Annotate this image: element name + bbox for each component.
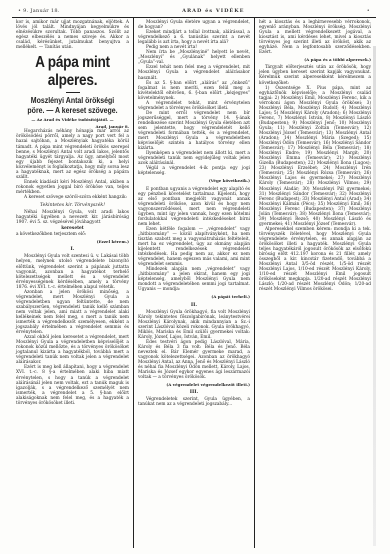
note: (A végrendelet végrendelkezőt illeti.) [138,382,250,387]
article-paragraph: Ezért is meg kell állapítani, hogy a vég… [16,365,129,405]
article-paragraph: a következőkben terjesztem elő: [16,232,129,237]
headline-divider [66,92,80,93]
column-1-intro: kor is, amikor már ujjat mozgatnának, el… [16,20,129,50]
article-paragraph: A kereset szövege szóról-szóra ekként ha… [16,195,129,200]
article-paragraph: hét a kiosztás és a leghírnevesebb vérro… [259,20,371,55]
address-title: Tekintetes kir. Törvényszék! [16,203,129,208]
defendants-list: 1) Őszentsége X. Pius pápa, mint az egyh… [259,86,371,227]
article-paragraph: Ennek kiadását kéri Moszlényi Antal, aki… [16,180,129,195]
article-paragraph: Ezzel tehát nem felel meg a végrendelet,… [138,65,250,80]
article-paragraph: Azonban a jelen örökösi minőség, a végre… [16,290,129,335]
note: (A pápát terheli.) [138,294,250,299]
article-paragraph: Tárgyalt előterjesztés után az örökösök,… [259,65,371,85]
section-numeral: II. [138,303,250,308]
article-paragraph: A végrendelet tehát, mint érvénytelen vé… [138,101,250,111]
masthead: • 9. Január 18. ARAD és VIDÉKE • [12,6,376,16]
article-paragraph: Ezeket mindjárt a tollal írottnak, aláír… [138,30,250,45]
note: (Ezzel kérem.) [16,239,129,244]
masthead-title: ARAD és VIDÉKE [182,8,244,14]
column-3: hét a kiosztás és a leghírnevesebb vérro… [254,18,375,548]
article-paragraph: Néhai Moszlényi Gyula, volt aradi lakos … [16,210,129,225]
page-edge [373,46,376,546]
article-paragraph: Mindezek alapján nem „végrendelet” vagy … [138,267,250,292]
article-paragraph: De mint erről végrendelet nem bír jogsze… [138,111,250,151]
column-1: kor is, amikor már ujjat mozgatnának, el… [12,18,133,548]
article-paragraph: E pontban ugyanis a végrendelet egy alap… [138,187,250,227]
article-subheadline: Moszlényi Antal örökségi pöre. — A keres… [25,95,120,115]
kereset-label: keresetet [16,226,129,231]
note: (A pápa és a többi alperesek.) [259,57,371,62]
article-paragraph: Moszlényi Gyula életére ugyan a végrende… [138,20,250,30]
article-paragraph: És az 5. §-ban előírt „aláírás” az „önke… [138,81,250,101]
masthead-page-number: • [367,8,370,14]
article-paragraph: Ezen kétféle fogalom — „végrendelet” vag… [138,227,250,267]
newspaper-page: • 9. Január 18. ARAD és VIDÉKE • kor is,… [12,6,376,554]
article-paragraph: Ilyenképen a végrendelet nem állott ki, … [138,151,250,166]
note: (Vége következik.) [138,178,250,183]
article-paragraph: Édes testvéri ágon pedig Lászlóval, Mári… [138,340,250,380]
article-paragraph: Alperesekkel szemben kérem: mondja ki a … [259,227,371,293]
article-paragraph: Nem írta be „Moszlényiné” helyett le nev… [138,50,250,65]
column-2: Moszlényi Gyula életére ugyan a végrende… [133,18,254,548]
masthead-date: • 9. Január 18. [18,8,60,14]
article-byline: — Az Arad és Vidéke tudósítójától. — [16,117,129,122]
section-numeral: III. [138,390,250,395]
article-paragraph: Hogarcházás néhány hónapja már arról az … [16,129,129,179]
article-paragraph: Azzal okból jelen keresetet a végrendele… [16,335,129,365]
article-paragraph: Moszlényi Gyula volt szentesi ü. v. Laká… [16,254,129,289]
section-numeral: I. [16,247,129,252]
columns: kor is, amikor már ujjat mozgatnának, el… [12,18,376,548]
article-paragraph: Moszlényi Gyula örökhagyó, fia volt Mosz… [138,310,250,340]
article-paragraph: Végül a végrendelet 4-ik pontja egy jogi… [138,166,250,176]
article-headline: A pápa mint alperes. [23,54,122,90]
article-paragraph: Végrendeletek szerint, Gyula ügyében, a … [138,397,250,407]
